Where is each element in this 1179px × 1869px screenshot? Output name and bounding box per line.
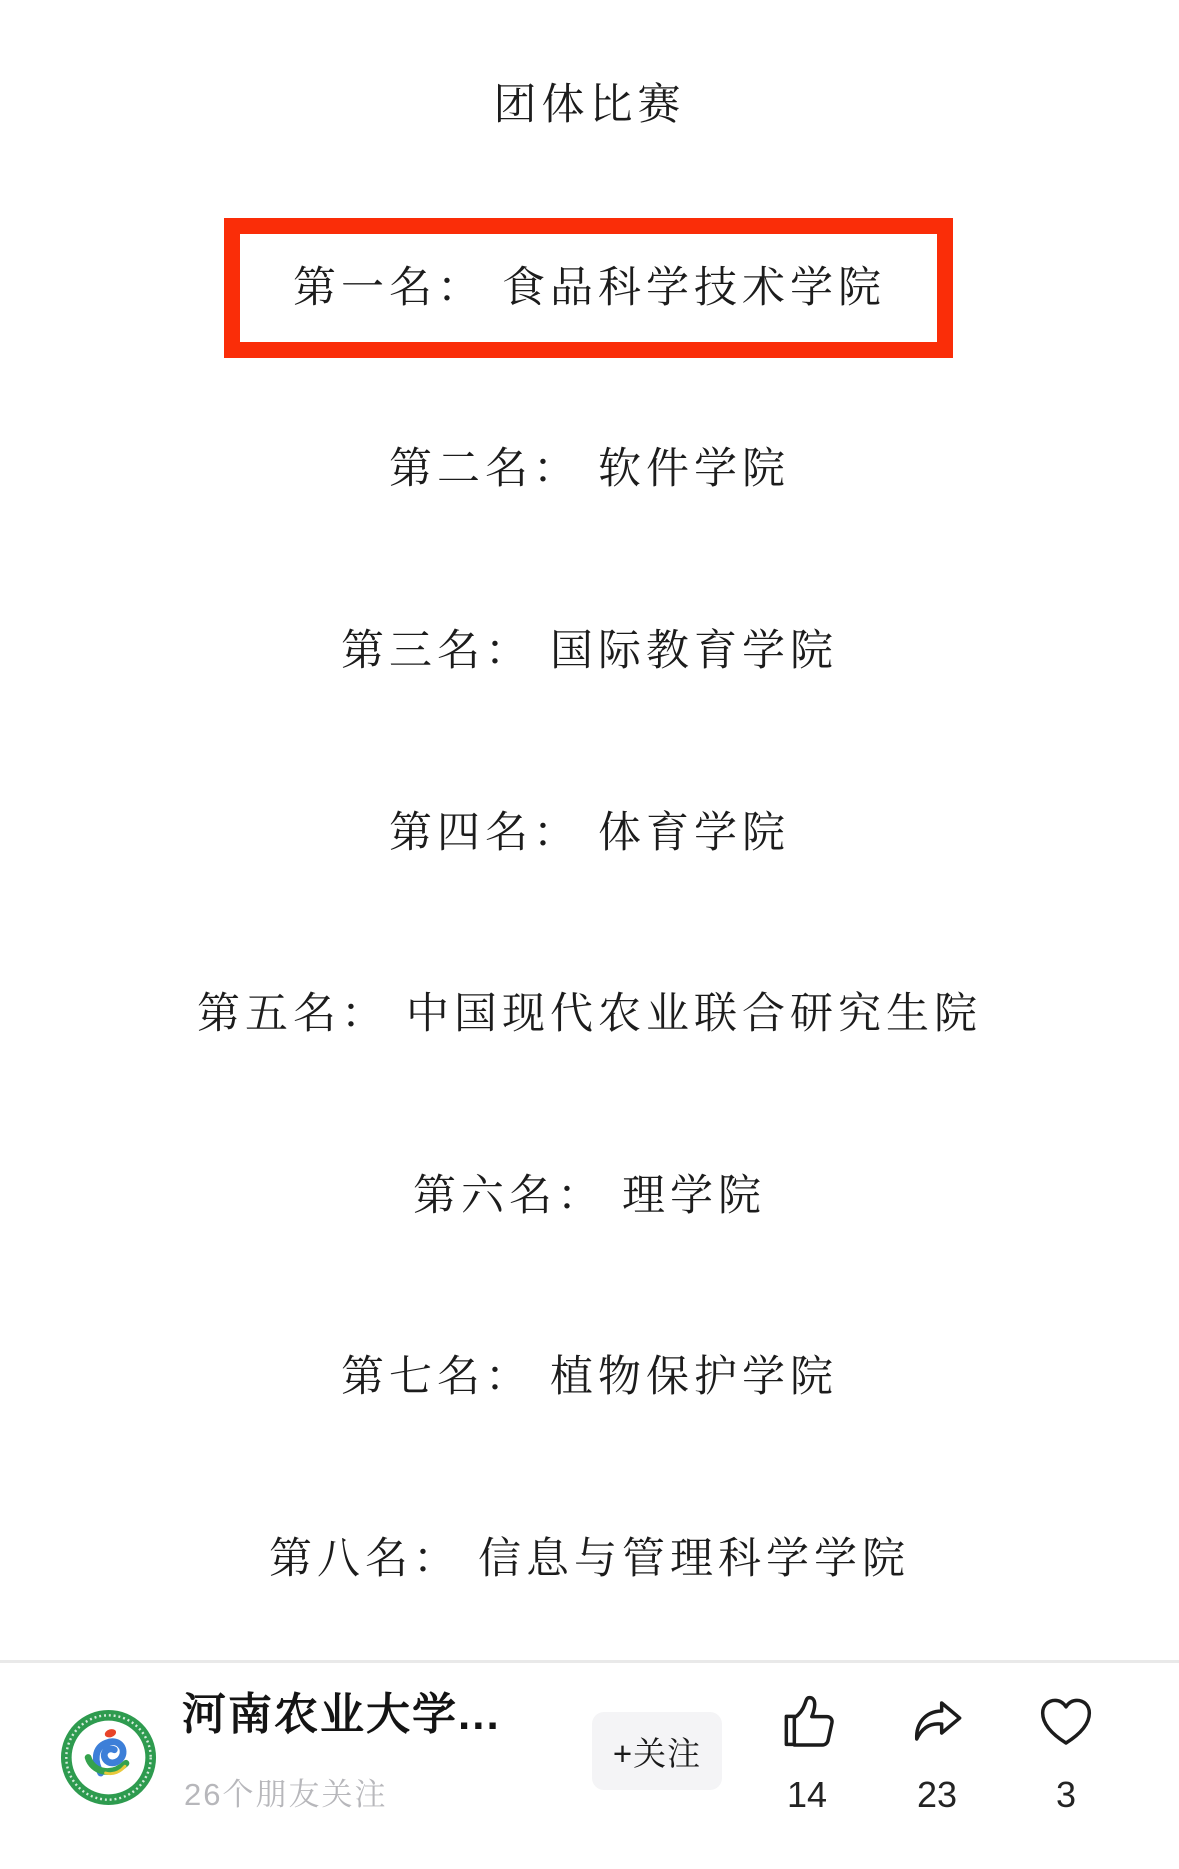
ranking-item-7: 第七名： 植物保护学院 [0, 1347, 1179, 1407]
bottom-action-bar: 河南农业大学... 26个朋友关注 +关注 14 23 3 [0, 1660, 1179, 1869]
account-name[interactable]: 河南农业大学... [182, 1687, 501, 1743]
share-count: 23 [917, 1775, 957, 1815]
follow-button-label: +关注 [613, 1728, 701, 1775]
ranking-item-5: 第五名： 中国现代农业联合研究生院 [0, 984, 1179, 1044]
ranking-item-6: 第六名： 理学院 [0, 1166, 1179, 1226]
university-logo-icon [60, 1709, 157, 1806]
ranking-item-2: 第二名： 软件学院 [0, 439, 1179, 499]
post-image: 团体比赛 第一名： 食品科学技术学院 第二名： 软件学院 第三名： 国际教育学院… [0, 0, 1179, 1869]
ranking-item-1: 第一名： 食品科学技术学院 [0, 258, 1179, 318]
favorite-count: 3 [1056, 1775, 1076, 1815]
followers-note: 26个朋友关注 [184, 1775, 387, 1815]
thumbs-up-icon [775, 1689, 839, 1753]
like-count: 14 [787, 1775, 827, 1815]
ranking-item-4: 第四名： 体育学院 [0, 803, 1179, 863]
share-button[interactable]: 23 [887, 1689, 987, 1859]
favorite-button[interactable]: 3 [1016, 1689, 1116, 1859]
follow-button[interactable]: +关注 [592, 1712, 722, 1790]
page-title: 团体比赛 [0, 75, 1179, 135]
account-avatar[interactable] [60, 1709, 157, 1806]
share-arrow-icon [905, 1689, 969, 1753]
heart-icon [1034, 1689, 1098, 1753]
like-button[interactable]: 14 [757, 1689, 857, 1859]
ranking-item-8: 第八名： 信息与管理科学学院 [0, 1529, 1179, 1589]
ranking-item-3: 第三名： 国际教育学院 [0, 621, 1179, 681]
